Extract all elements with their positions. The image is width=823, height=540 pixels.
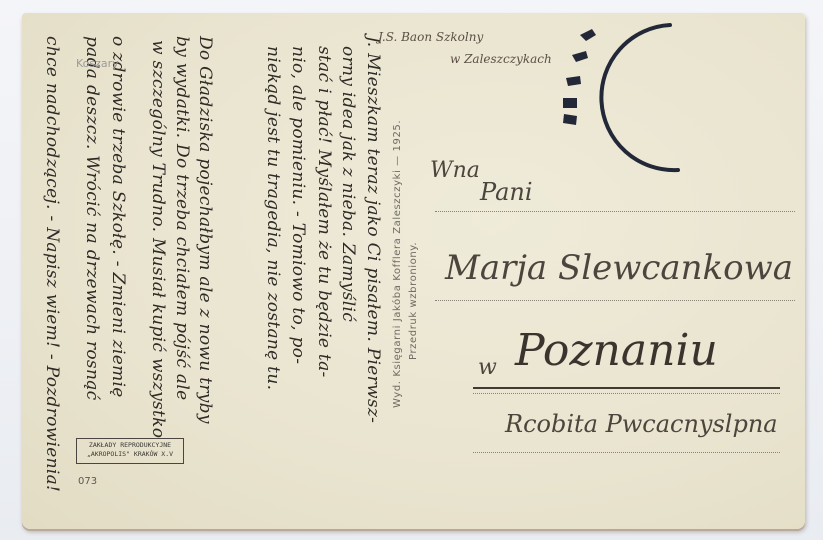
imprint-box: ZAKŁADY REPRODUKCYJNE „AKROPOLIS" KRAKÓW…	[76, 438, 184, 464]
message-line: stać i płać! Myślałem że tu będzie ta-	[314, 46, 334, 378]
address-line	[435, 300, 795, 301]
message-line: chce nadchodzącej. - Napisz wiem! - Pozd…	[42, 36, 62, 492]
postmark-stamp-icon	[530, 20, 710, 200]
catalog-number: 073	[78, 476, 97, 487]
city: Poznaniu	[515, 325, 718, 376]
sender-line-1: J.S. Baon Szkolny	[378, 30, 483, 44]
message-line: niekąd jest tu tragedia, nie zostanę tu.	[263, 46, 283, 390]
message-line: orny idea jak z nieba. Zamyślić	[338, 46, 358, 322]
message-line: J. Mieszkam teraz jako Ci pisałem. Pierw…	[363, 36, 383, 423]
address-line	[473, 452, 780, 453]
message-line: w szczególny Trudno. Musiał kupić wszyst…	[148, 40, 168, 438]
city-underline	[473, 387, 780, 389]
message-line: Do Gładziska pojechałbym ale z nowu tryb…	[195, 36, 215, 424]
street: Rcobita Pwcacnyslpna	[505, 410, 778, 438]
imprint-line-1: ZAKŁADY REPRODUKCYJNE	[77, 441, 183, 450]
message-line: o zdrowie trzeba Szkołę. - Zmieni ziemię	[108, 36, 128, 398]
copyright-line: Przedruk wzbroniony.	[408, 242, 419, 360]
publisher-line: Wyd. Księgarni Jakóba Kofflera Zaleszczy…	[392, 120, 403, 408]
salutation-abbrev: Wna	[430, 158, 480, 183]
message-line: nio, ale pomieniu. - Tomiowo to, po-	[288, 46, 308, 364]
w-prefix: w	[478, 355, 497, 380]
printed-caption: Koszary	[76, 57, 119, 70]
message-line: pada deszcz. Wrócić na drzewach rosnąć	[82, 36, 102, 400]
salutation: Pani	[480, 178, 533, 206]
message-line: by wydatki. Do trzeba chciałem pójść ale	[172, 36, 192, 400]
imprint-line-2: „AKROPOLIS" KRAKÓW X.V	[77, 450, 183, 459]
recipient-name: Marja Slewcankowa	[445, 248, 793, 288]
address-line	[435, 211, 795, 212]
address-line	[473, 393, 780, 394]
